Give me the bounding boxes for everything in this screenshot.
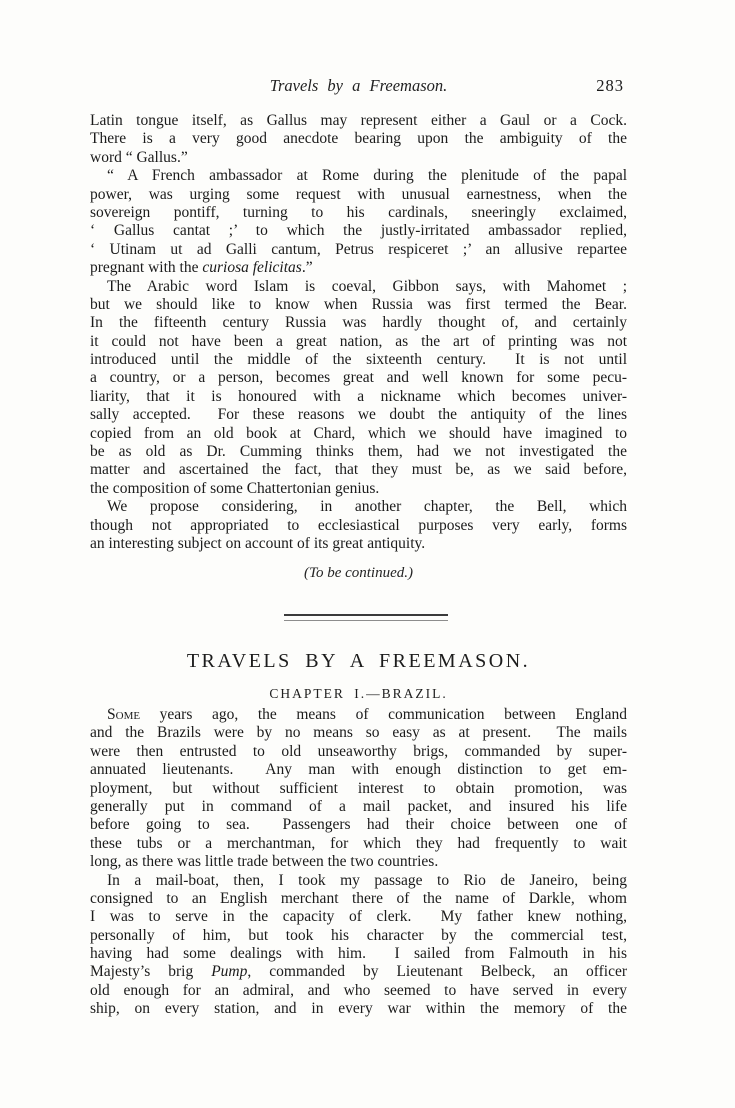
running-header: Travels by a Freemason. — [90, 76, 627, 96]
text-line: The Arabic word Islam is coeval, Gibbon … — [90, 278, 627, 296]
text-segment: The Arabic word Islam is coeval, Gibbon … — [107, 278, 627, 295]
italic-text: curiosa felicitas — [202, 259, 301, 276]
text-segment: word “ Gallus.” — [90, 149, 188, 166]
text-line: sovereign pontiff, turning to his cardin… — [90, 204, 627, 222]
article1-body-text: Latin tongue itself, as Gallus may repre… — [90, 112, 627, 553]
text-segment: In a mail-boat, then, I took my passage … — [107, 872, 627, 889]
text-line: pregnant with the curiosa felicitas.” — [90, 259, 627, 277]
text-segment: sovereign pontiff, turning to his cardin… — [90, 204, 627, 221]
text-segment: before going to sea. Passengers had thei… — [90, 816, 627, 833]
text-segment: power, was urging some request with unus… — [90, 186, 627, 203]
text-segment: were then entrusted to old unseaworthy b… — [90, 743, 627, 760]
text-line: before going to sea. Passengers had thei… — [90, 816, 627, 834]
text-segment: Majesty’s brig — [90, 963, 211, 980]
text-segment: copied from an old book at Chard, which … — [90, 425, 627, 442]
page-header: Travels by a Freemason. 283 — [90, 76, 627, 96]
text-segment: ship, on every station, and in every war… — [90, 1000, 627, 1017]
text-line: long, as there was little trade between … — [90, 853, 627, 871]
text-segment: There is a very good anecdote bearing up… — [90, 130, 627, 147]
text-segment: having had some dealings with him. I sai… — [90, 945, 627, 962]
text-segment: In the fifteenth century Russia was hard… — [90, 314, 627, 331]
text-line: having had some dealings with him. I sai… — [90, 945, 627, 963]
text-line: and the Brazils were by no means so easy… — [90, 724, 627, 742]
text-line: be as old as Dr. Cumming thinks them, ha… — [90, 443, 627, 461]
text-line: Majesty’s brig Pump, commanded by Lieute… — [90, 963, 627, 981]
text-segment: annuated lieutenants. Any man with enoug… — [90, 761, 627, 778]
text-segment: “ A French ambassador at Rome during the… — [107, 167, 627, 184]
text-line: these tubs or a merchantman, for which t… — [90, 835, 627, 853]
text-line: In a mail-boat, then, I took my passage … — [90, 872, 627, 890]
text-line: ‘ Gallus cantat ;’ to which the justly-i… — [90, 222, 627, 240]
text-line: power, was urging some request with unus… — [90, 186, 627, 204]
text-line: word “ Gallus.” — [90, 149, 627, 167]
text-line: Latin tongue itself, as Gallus may repre… — [90, 112, 627, 130]
text-line: old enough for an admiral, and who seeme… — [90, 982, 627, 1000]
text-line: ‘ Utinam ut ad Galli cantum, Petrus resp… — [90, 241, 627, 259]
text-segment: introduced until the middle of the sixte… — [90, 351, 627, 368]
text-line: liarity, that it is honoured with a nick… — [90, 388, 627, 406]
scanned-book-page: Travels by a Freemason. 283 Latin tongue… — [0, 0, 735, 1108]
text-segment: personally of him, but took his characte… — [90, 927, 627, 944]
text-segment: We propose considering, in another chapt… — [107, 498, 627, 515]
text-line: an interesting subject on account of its… — [90, 535, 627, 553]
text-line: consigned to an English merchant there o… — [90, 890, 627, 908]
text-segment: though not appropriated to ecclesiastica… — [90, 517, 627, 534]
text-segment: but we should like to know when Russia w… — [90, 296, 627, 313]
text-line: ployment, but without sufficient interes… — [90, 780, 627, 798]
text-line: personally of him, but took his characte… — [90, 927, 627, 945]
text-line: matter and ascertained the fact, that th… — [90, 461, 627, 479]
text-line: introduced until the middle of the sixte… — [90, 351, 627, 369]
text-segment: sally accepted. For these reasons we dou… — [90, 406, 627, 423]
text-line: were then entrusted to old unseaworthy b… — [90, 743, 627, 761]
text-line: Some years ago, the means of communicati… — [90, 706, 627, 724]
text-line: a country, or a person, becomes great an… — [90, 369, 627, 387]
chapter-heading: CHAPTER I.—BRAZIL. — [90, 686, 627, 702]
smallcaps-text: Some — [107, 706, 140, 723]
section-divider-rule — [284, 614, 448, 621]
text-line: generally put in command of a mail packe… — [90, 798, 627, 816]
text-segment: years ago, the means of communication be… — [140, 706, 627, 723]
text-segment: be as old as Dr. Cumming thinks them, ha… — [90, 443, 627, 460]
text-segment: Latin tongue itself, as Gallus may repre… — [90, 112, 627, 129]
continuation-note: (To be continued.) — [90, 565, 627, 582]
article-title: TRAVELS BY A FREEMASON. — [90, 650, 627, 673]
text-line: We propose considering, in another chapt… — [90, 498, 627, 516]
text-segment: pregnant with the — [90, 259, 202, 276]
text-segment: the composition of some Chattertonian ge… — [90, 480, 379, 497]
text-segment: matter and ascertained the fact, that th… — [90, 461, 627, 478]
page-number: 283 — [596, 76, 624, 96]
text-segment: an interesting subject on account of its… — [90, 535, 425, 552]
text-segment: long, as there was little trade between … — [90, 853, 438, 870]
text-segment: , commanded by Lieutenant Belbeck, an of… — [247, 963, 627, 980]
text-line: There is a very good anecdote bearing up… — [90, 130, 627, 148]
text-segment: .” — [302, 259, 313, 276]
text-line: annuated lieutenants. Any man with enoug… — [90, 761, 627, 779]
text-line: though not appropriated to ecclesiastica… — [90, 517, 627, 535]
text-line: the composition of some Chattertonian ge… — [90, 480, 627, 498]
text-line: sally accepted. For these reasons we dou… — [90, 406, 627, 424]
article2-body-text: Some years ago, the means of communicati… — [90, 706, 627, 1019]
text-segment: consigned to an English merchant there o… — [90, 890, 627, 907]
text-segment: ployment, but without sufficient interes… — [90, 780, 627, 797]
text-segment: ‘ Utinam ut ad Galli cantum, Petrus resp… — [90, 241, 627, 258]
text-line: “ A French ambassador at Rome during the… — [90, 167, 627, 185]
text-segment: it could not have been a great nation, a… — [90, 333, 627, 350]
text-segment: generally put in command of a mail packe… — [90, 798, 627, 815]
text-line: but we should like to know when Russia w… — [90, 296, 627, 314]
text-line: I was to serve in the capacity of clerk.… — [90, 908, 627, 926]
text-segment: a country, or a person, becomes great an… — [90, 369, 627, 386]
text-line: In the fifteenth century Russia was hard… — [90, 314, 627, 332]
text-line: it could not have been a great nation, a… — [90, 333, 627, 351]
italic-text: Pump — [211, 963, 247, 980]
text-segment: I was to serve in the capacity of clerk.… — [90, 908, 627, 925]
text-segment: old enough for an admiral, and who seeme… — [90, 982, 627, 999]
text-segment: liarity, that it is honoured with a nick… — [90, 388, 627, 405]
text-segment: these tubs or a merchantman, for which t… — [90, 835, 627, 852]
text-segment: ‘ Gallus cantat ;’ to which the justly-i… — [90, 222, 627, 239]
text-line: copied from an old book at Chard, which … — [90, 425, 627, 443]
text-line: ship, on every station, and in every war… — [90, 1000, 627, 1018]
text-segment: and the Brazils were by no means so easy… — [90, 724, 627, 741]
